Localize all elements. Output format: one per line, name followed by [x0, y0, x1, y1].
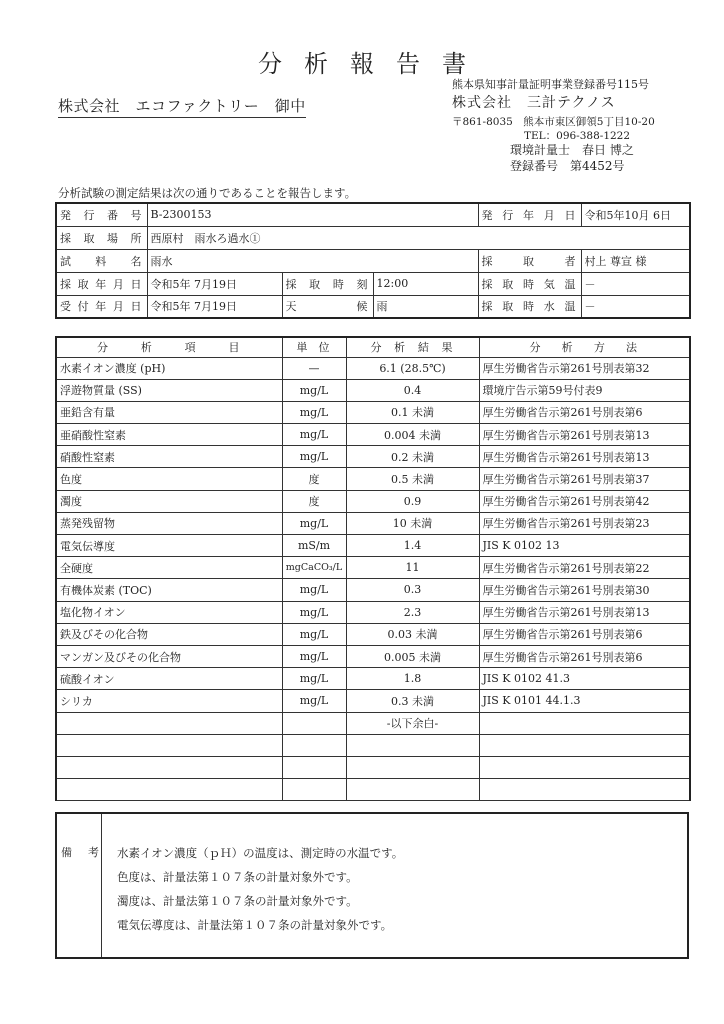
table-row: 浮遊物質量 (SS)mg/L0.4環境庁告示第59号付表9 [56, 379, 690, 401]
table-row: 全硬度mgCaCO₃/L11厚生労働省告示第261号別表第22 [56, 557, 690, 579]
result-unit [282, 756, 346, 778]
remark-line: 色度は、計量法第１０７条の計量対象外です。 [117, 865, 403, 889]
table-row: 水素イオン濃度 (pH)—6.1 (28.5℃)厚生労働省告示第261号別表第3… [56, 357, 690, 379]
result-method: 厚生労働省告示第261号別表第13 [479, 601, 690, 623]
result-unit: mg/L [282, 446, 346, 468]
table-row: マンガン及びその化合物mg/L0.005 未満厚生労働省告示第261号別表第6 [56, 645, 690, 667]
result-unit: mgCaCO₃/L [282, 557, 346, 579]
air-temp: － [581, 272, 690, 295]
result-method: JIS K 0101 44.1.3 [479, 690, 690, 712]
receive-date-label: 受付年月日 [56, 295, 147, 318]
result-unit: — [282, 357, 346, 379]
result-value: 0.3 未満 [346, 690, 479, 712]
location-label: 採取場所 [56, 226, 147, 249]
issue-no-label: 発行番号 [56, 203, 147, 226]
result-item: 電気伝導度 [56, 535, 282, 557]
result-method [479, 756, 690, 778]
result-method: 厚生労働省告示第261号別表第22 [479, 557, 690, 579]
issue-date: 令和5年10月 6日 [581, 203, 690, 226]
info-row: 受付年月日 令和5年 7月19日 天候 雨 採取時水温 － [56, 295, 690, 318]
result-unit: mg/L [282, 401, 346, 423]
result-value [346, 734, 479, 756]
result-value: 0.9 [346, 490, 479, 512]
result-item: 塩化物イオン [56, 601, 282, 623]
result-method: 厚生労働省告示第261号別表第13 [479, 446, 690, 468]
result-item [56, 712, 282, 734]
result-unit: 度 [282, 468, 346, 490]
location: 西原村 雨水ろ過水① [147, 226, 690, 249]
result-unit: mg/L [282, 690, 346, 712]
result-value: 1.8 [346, 668, 479, 690]
sample-label: 試料名 [56, 249, 147, 272]
result-item: 全硬度 [56, 557, 282, 579]
result-unit: mg/L [282, 623, 346, 645]
issue-date-label: 発行年月日 [478, 203, 581, 226]
result-method: 厚生労働省告示第261号別表第13 [479, 424, 690, 446]
info-table: 発行番号 B-2300153 発行年月日 令和5年10月 6日 採取場所 西原村… [55, 202, 691, 319]
header-method: 分析方法 [479, 337, 690, 357]
result-method: 厚生労働省告示第261号別表第32 [479, 357, 690, 379]
collector-label: 採取者 [478, 249, 581, 272]
result-method [479, 779, 690, 801]
result-method: 環境庁告示第59号付表9 [479, 379, 690, 401]
table-row: 鉄及びその化合物mg/L0.03 未満厚生労働省告示第261号別表第6 [56, 623, 690, 645]
table-row: 硝酸性窒素mg/L0.2 未満厚生労働省告示第261号別表第13 [56, 446, 690, 468]
result-value: 10 未満 [346, 512, 479, 534]
collector: 村上 尊宣 様 [581, 249, 690, 272]
result-value: 0.1 未満 [346, 401, 479, 423]
result-item: 色度 [56, 468, 282, 490]
issuer-tel: TEL：096-388-1222 [452, 129, 655, 143]
table-row: 硫酸イオンmg/L1.8JIS K 0102 41.3 [56, 668, 690, 690]
result-method: 厚生労働省告示第261号別表第6 [479, 623, 690, 645]
result-method: 厚生労働省告示第261号別表第6 [479, 645, 690, 667]
table-row: -以下余白- [56, 712, 690, 734]
result-value [346, 779, 479, 801]
result-item [56, 756, 282, 778]
result-item [56, 779, 282, 801]
result-method [479, 734, 690, 756]
collect-date: 令和5年 7月19日 [147, 272, 282, 295]
intro-text: 分析試験の測定結果は次の通りであることを報告します。 [58, 185, 356, 201]
result-method [479, 712, 690, 734]
issue-no: B-2300153 [147, 203, 478, 226]
table-row: 塩化物イオンmg/L2.3厚生労働省告示第261号別表第13 [56, 601, 690, 623]
result-value: 0.2 未満 [346, 446, 479, 468]
table-row: 亜硝酸性窒素mg/L0.004 未満厚生労働省告示第261号別表第13 [56, 424, 690, 446]
results-header-row: 分析項目 単位 分析結果 分析方法 [56, 337, 690, 357]
result-item: 亜鉛含有量 [56, 401, 282, 423]
info-row: 採取年月日 令和5年 7月19日 採取時刻 12:00 採取時気温 － [56, 272, 690, 295]
remarks-box: 備考 水素イオン濃度（ｐＨ）の温度は、測定時の水温です。 色度は、計量法第１０７… [55, 812, 689, 959]
result-unit: mg/L [282, 579, 346, 601]
collect-date-label: 採取年月日 [56, 272, 147, 295]
issuer-block: 熊本県知事計量証明事業登録番号115号 株式会社 三計テクノス 〒861-803… [452, 78, 655, 174]
result-unit: mg/L [282, 512, 346, 534]
document-title: 分析報告書 [0, 44, 724, 79]
result-unit: mg/L [282, 645, 346, 667]
remarks-label: 備考 [61, 844, 99, 860]
table-row [56, 756, 690, 778]
issuer-measurer-reg: 登録番号 第4452号 [452, 159, 655, 175]
result-item [56, 734, 282, 756]
result-method: 厚生労働省告示第261号別表第37 [479, 468, 690, 490]
weather-label: 天候 [282, 295, 373, 318]
air-temp-label: 採取時気温 [478, 272, 581, 295]
water-temp: － [581, 295, 690, 318]
table-row [56, 734, 690, 756]
result-item: 濁度 [56, 490, 282, 512]
info-row: 発行番号 B-2300153 発行年月日 令和5年10月 6日 [56, 203, 690, 226]
result-unit: mg/L [282, 379, 346, 401]
result-method: JIS K 0102 13 [479, 535, 690, 557]
table-row: 蒸発残留物mg/L10 未満厚生労働省告示第261号別表第23 [56, 512, 690, 534]
table-row [56, 779, 690, 801]
result-item: シリカ [56, 690, 282, 712]
receive-date: 令和5年 7月19日 [147, 295, 282, 318]
result-value: 6.1 (28.5℃) [346, 357, 479, 379]
header-result: 分析結果 [346, 337, 479, 357]
recipient: 株式会社 エコファクトリー 御中 [58, 95, 306, 118]
header-unit: 単位 [282, 337, 346, 357]
result-value: 2.3 [346, 601, 479, 623]
water-temp-label: 採取時水温 [478, 295, 581, 318]
result-value: 0.03 未満 [346, 623, 479, 645]
result-value: 0.004 未満 [346, 424, 479, 446]
header-item: 分析項目 [56, 337, 282, 357]
issuer-address: 〒861-8035 熊本市東区御領5丁目10-20 [452, 115, 655, 129]
result-value: 0.5 未満 [346, 468, 479, 490]
table-row: 亜鉛含有量mg/L0.1 未満厚生労働省告示第261号別表第6 [56, 401, 690, 423]
issuer-measurer: 環境計量士 春日 博之 [452, 143, 655, 159]
result-item: 硝酸性窒素 [56, 446, 282, 468]
result-item: 鉄及びその化合物 [56, 623, 282, 645]
result-unit: mS/m [282, 535, 346, 557]
remark-line: 電気伝導度は、計量法第１０７条の計量対象外です。 [117, 913, 403, 937]
result-method: 厚生労働省告示第261号別表第42 [479, 490, 690, 512]
results-table: 分析項目 単位 分析結果 分析方法 水素イオン濃度 (pH)—6.1 (28.5… [55, 336, 691, 801]
collect-time-label: 採取時刻 [282, 272, 373, 295]
info-row: 採取場所 西原村 雨水ろ過水① [56, 226, 690, 249]
table-row: シリカmg/L0.3 未満JIS K 0101 44.1.3 [56, 690, 690, 712]
remarks-lines: 水素イオン濃度（ｐＨ）の温度は、測定時の水温です。 色度は、計量法第１０７条の計… [117, 841, 403, 937]
result-unit: 度 [282, 490, 346, 512]
result-unit: mg/L [282, 668, 346, 690]
result-unit: mg/L [282, 601, 346, 623]
result-method: 厚生労働省告示第261号別表第30 [479, 579, 690, 601]
sample: 雨水 [147, 249, 478, 272]
result-item: マンガン及びその化合物 [56, 645, 282, 667]
result-value: 0.4 [346, 379, 479, 401]
result-item: 浮遊物質量 (SS) [56, 379, 282, 401]
weather: 雨 [373, 295, 478, 318]
issuer-registration: 熊本県知事計量証明事業登録番号115号 [452, 78, 655, 93]
result-item: 硫酸イオン [56, 668, 282, 690]
table-row: 色度度0.5 未満厚生労働省告示第261号別表第37 [56, 468, 690, 490]
remark-line: 濁度は、計量法第１０７条の計量対象外です。 [117, 889, 403, 913]
result-method: JIS K 0102 41.3 [479, 668, 690, 690]
result-method: 厚生労働省告示第261号別表第6 [479, 401, 690, 423]
remark-line: 水素イオン濃度（ｐＨ）の温度は、測定時の水温です。 [117, 841, 403, 865]
result-value: -以下余白- [346, 712, 479, 734]
issuer-company: 株式会社 三計テクノス [452, 94, 655, 113]
result-item: 有機体炭素 (TOC) [56, 579, 282, 601]
result-value [346, 756, 479, 778]
result-unit: mg/L [282, 424, 346, 446]
result-value: 11 [346, 557, 479, 579]
result-value: 1.4 [346, 535, 479, 557]
result-item: 水素イオン濃度 (pH) [56, 357, 282, 379]
result-unit [282, 779, 346, 801]
result-item: 蒸発残留物 [56, 512, 282, 534]
table-row: 電気伝導度mS/m1.4JIS K 0102 13 [56, 535, 690, 557]
info-row: 試料名 雨水 採取者 村上 尊宣 様 [56, 249, 690, 272]
result-value: 0.3 [346, 579, 479, 601]
result-unit [282, 712, 346, 734]
table-row: 有機体炭素 (TOC)mg/L0.3厚生労働省告示第261号別表第30 [56, 579, 690, 601]
result-unit [282, 734, 346, 756]
result-value: 0.005 未満 [346, 645, 479, 667]
collect-time: 12:00 [373, 272, 478, 295]
result-item: 亜硝酸性窒素 [56, 424, 282, 446]
table-row: 濁度度0.9厚生労働省告示第261号別表第42 [56, 490, 690, 512]
result-method: 厚生労働省告示第261号別表第23 [479, 512, 690, 534]
